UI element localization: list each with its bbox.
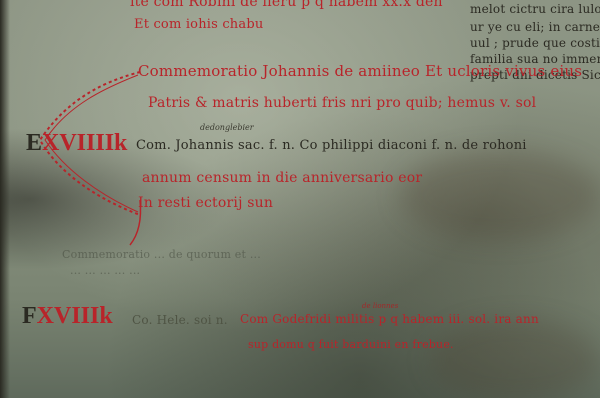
entry-xviiii-red-line-3: annum censum in die anniversario eor bbox=[142, 170, 422, 186]
entry-xviiii-black-line: Com. Johannis sac. f. n. Co philippi dia… bbox=[136, 138, 527, 153]
right-column-line: ur ye cu eli; in carne tac bbox=[470, 20, 600, 34]
faded-entry-line-1: Commemoratio ... de quorum et ... bbox=[62, 248, 261, 261]
manuscript-page: ite com Robini de lieru p q habem xx.x d… bbox=[0, 0, 600, 398]
stain bbox=[400, 150, 600, 240]
dominical-letter: F bbox=[22, 303, 37, 329]
entry-xviiii-red-line-2: Patris & matris huberti fris nri pro qui… bbox=[148, 95, 536, 111]
kalends-marker-xviiii: EXVIIIIk bbox=[26, 130, 127, 157]
entry-xviiii-red-line-4: In resti ectorij sun bbox=[138, 195, 273, 211]
entry-xviii-red-line-2: sup domu q fuit barduini en frebue. bbox=[248, 338, 454, 351]
kalends-number: XVIIII bbox=[42, 130, 114, 156]
entry-xviii-black-text: Co. Hele. soi n. bbox=[132, 313, 228, 327]
entry-xviiii-red-line-1: Commemoratio Johannis de amiineo Et uclo… bbox=[138, 62, 582, 80]
stain bbox=[430, 320, 600, 398]
right-column-line: melot cictru cira lulo bbox=[470, 2, 600, 16]
faded-entry-line-2: ... ... ... ... ... bbox=[70, 264, 140, 277]
kalends-suffix: k bbox=[114, 130, 127, 156]
page-edge-shadow bbox=[0, 0, 10, 398]
entry-xviii-red-line-1: Com Godefridi militis p q habem iii. sol… bbox=[240, 312, 539, 326]
interlinear-gloss: dedonglebier bbox=[200, 123, 254, 132]
top-entry-line-2: Et com iohis chabu bbox=[134, 17, 263, 32]
interlinear-gloss: de lionnes bbox=[362, 302, 398, 310]
kalends-suffix: k bbox=[99, 303, 112, 329]
kalends-number: XVIII bbox=[37, 303, 100, 329]
kalends-marker-xviii: FXVIIIk bbox=[22, 303, 113, 330]
right-column-line: uul ; prude que costitu bbox=[470, 36, 600, 50]
dominical-letter: E bbox=[26, 130, 42, 156]
top-entry-line-1: ite com Robini de lieru p q habem xx.x d… bbox=[130, 0, 443, 10]
